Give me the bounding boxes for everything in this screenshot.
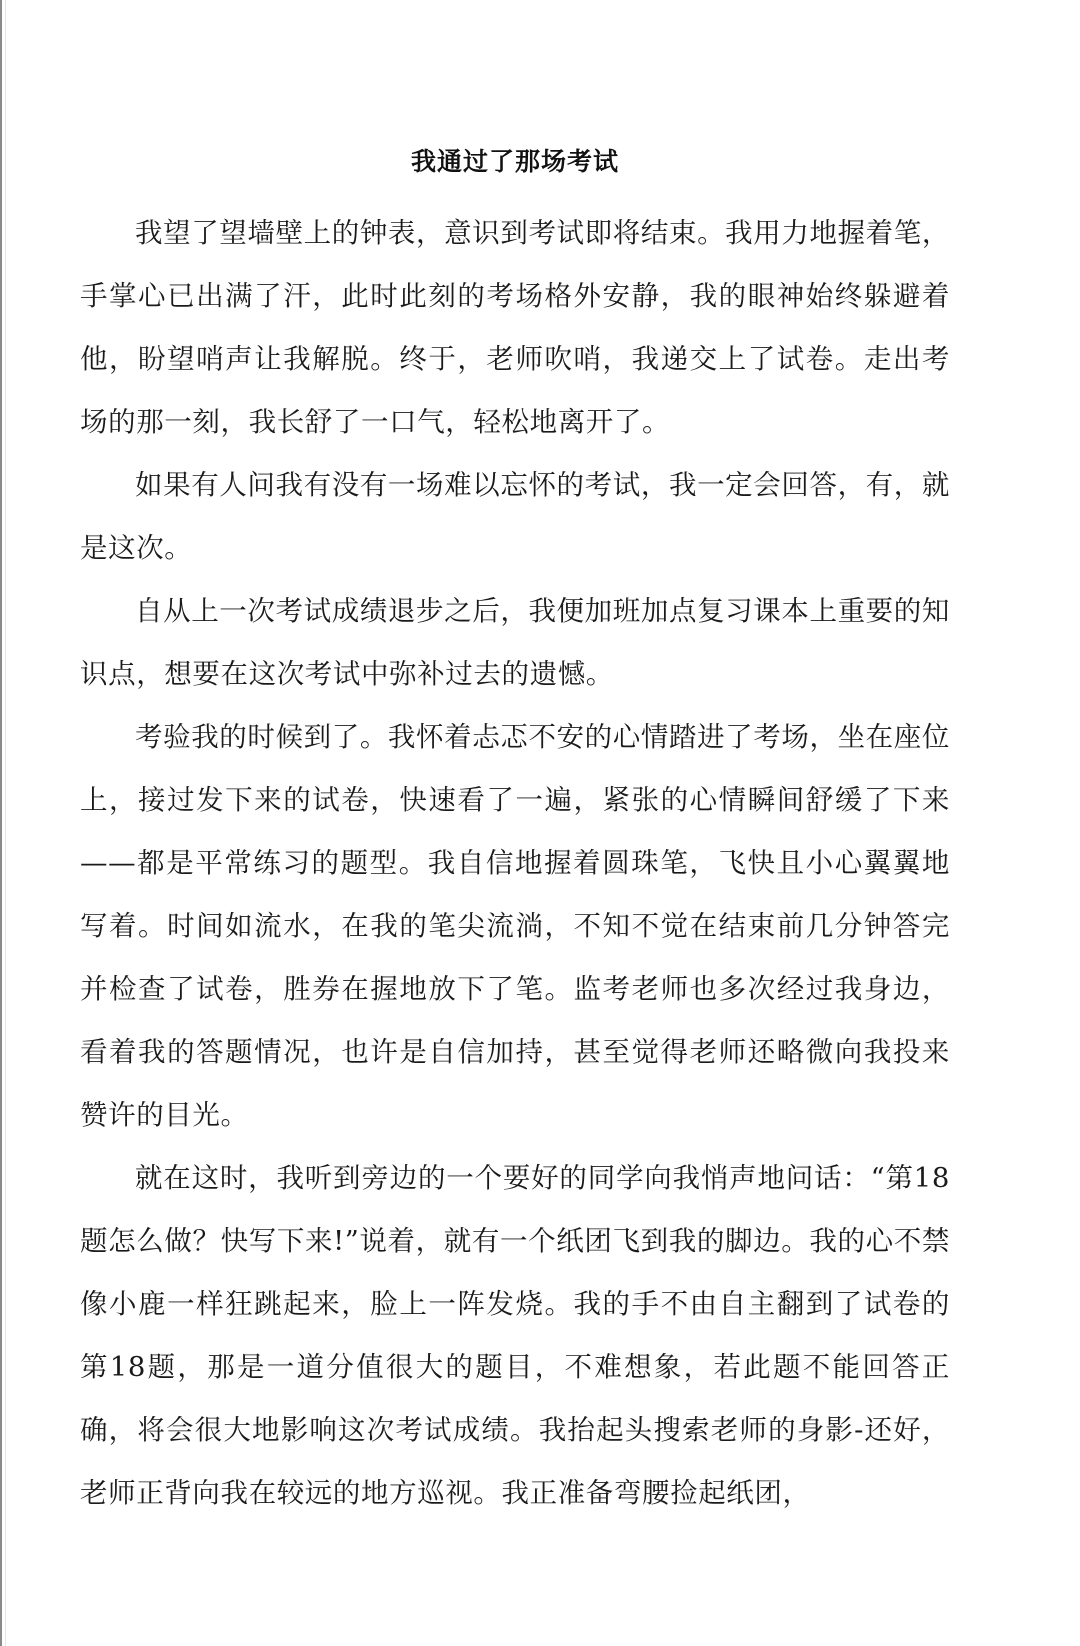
essay-body: 我望了望墙壁上的钟表，意识到考试即将结束。我用力地握着笔，手掌心已出满了汗，此时… <box>80 202 950 1525</box>
page-left-edge <box>0 0 2 1646</box>
page-left-edge-shadow <box>5 0 6 1646</box>
paragraph-4: 考验我的时候到了。我怀着忐忑不安的心情踏进了考场，坐在座位上，接过发下来的试卷，… <box>80 706 950 1147</box>
paragraph-3: 自从上一次考试成绩退步之后，我便加班加点复习课本上重要的知识点，想要在这次考试中… <box>80 580 950 706</box>
essay-title: 我通过了那场考试 <box>80 142 950 182</box>
paragraph-1: 我望了望墙壁上的钟表，意识到考试即将结束。我用力地握着笔，手掌心已出满了汗，此时… <box>80 202 950 454</box>
paragraph-2: 如果有人问我有没有一场难以忘怀的考试，我一定会回答，有，就是这次。 <box>80 454 950 580</box>
paragraph-5: 就在这时，我听到旁边的一个要好的同学向我悄声地问话：“第18题怎么做？快写下来!… <box>80 1147 950 1525</box>
